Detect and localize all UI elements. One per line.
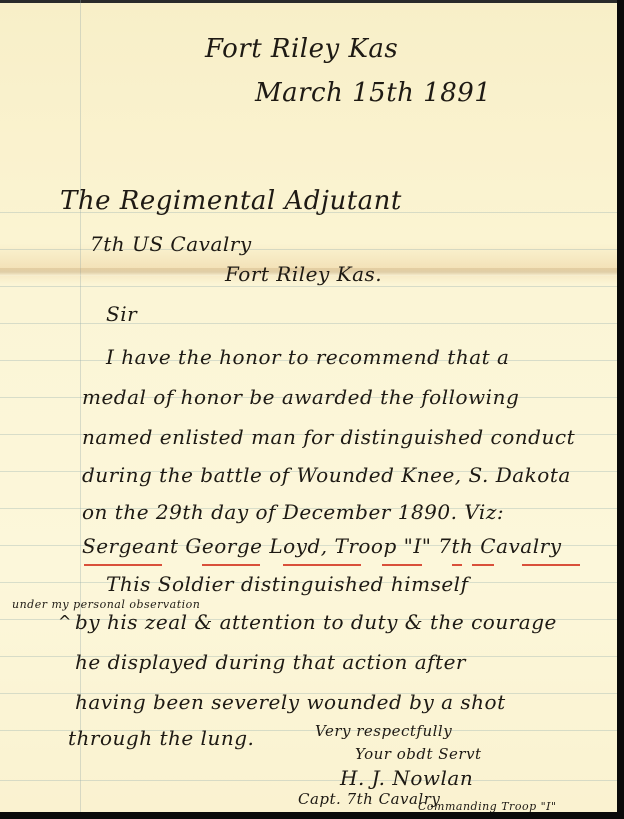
signature: H. J. Nowlan <box>340 766 473 790</box>
red-underline <box>283 564 361 566</box>
salutation: Sir <box>106 302 137 326</box>
body-line: This Soldier distinguished himself <box>106 572 468 596</box>
heading-place: Fort Riley Kas <box>205 34 398 64</box>
ruled-line <box>0 323 617 324</box>
scan-edge-bottom <box>0 812 624 819</box>
body-line: by his zeal & attention to duty & the co… <box>75 610 557 634</box>
closing-line1: Very respectfully <box>315 722 452 740</box>
body-line: having been severely wounded by a shot <box>75 690 506 714</box>
red-underline <box>84 564 162 566</box>
ruled-line <box>0 286 617 287</box>
closing-line2: Your obdt Servt <box>355 745 482 763</box>
red-underline <box>472 564 494 566</box>
heading-date: March 15th 1891 <box>255 78 491 108</box>
signature-title2: Commanding Troop "I" <box>418 800 557 812</box>
body-line: named enlisted man for distinguished con… <box>82 425 575 449</box>
body-line: I have the honor to recommend that a <box>106 345 509 369</box>
addressee-line2: 7th US Cavalry <box>90 232 252 256</box>
scan-edge-top <box>0 0 617 3</box>
body-line: on the 29th day of December 1890. Viz: <box>82 500 504 524</box>
body-line: medal of honor be awarded the following <box>82 385 519 409</box>
soldier-name-line: Sergeant George Loyd, Troop "I" 7th Cava… <box>82 534 562 558</box>
letter-page: Fort Riley Kas March 15th 1891 The Regim… <box>0 0 617 812</box>
red-underline <box>382 564 422 566</box>
body-line: through the lung. <box>68 726 254 750</box>
red-underline <box>522 564 580 566</box>
red-underline <box>452 564 462 566</box>
insertion-caret: ^ <box>58 612 71 631</box>
body-line: during the battle of Wounded Knee, S. Da… <box>82 463 571 487</box>
scan-edge-right <box>617 0 624 819</box>
ruled-line <box>0 780 617 781</box>
addressee-line1: The Regimental Adjutant <box>60 186 402 216</box>
body-line: he displayed during that action after <box>75 650 466 674</box>
red-underline <box>202 564 260 566</box>
addressee-line3: Fort Riley Kas. <box>225 262 382 286</box>
